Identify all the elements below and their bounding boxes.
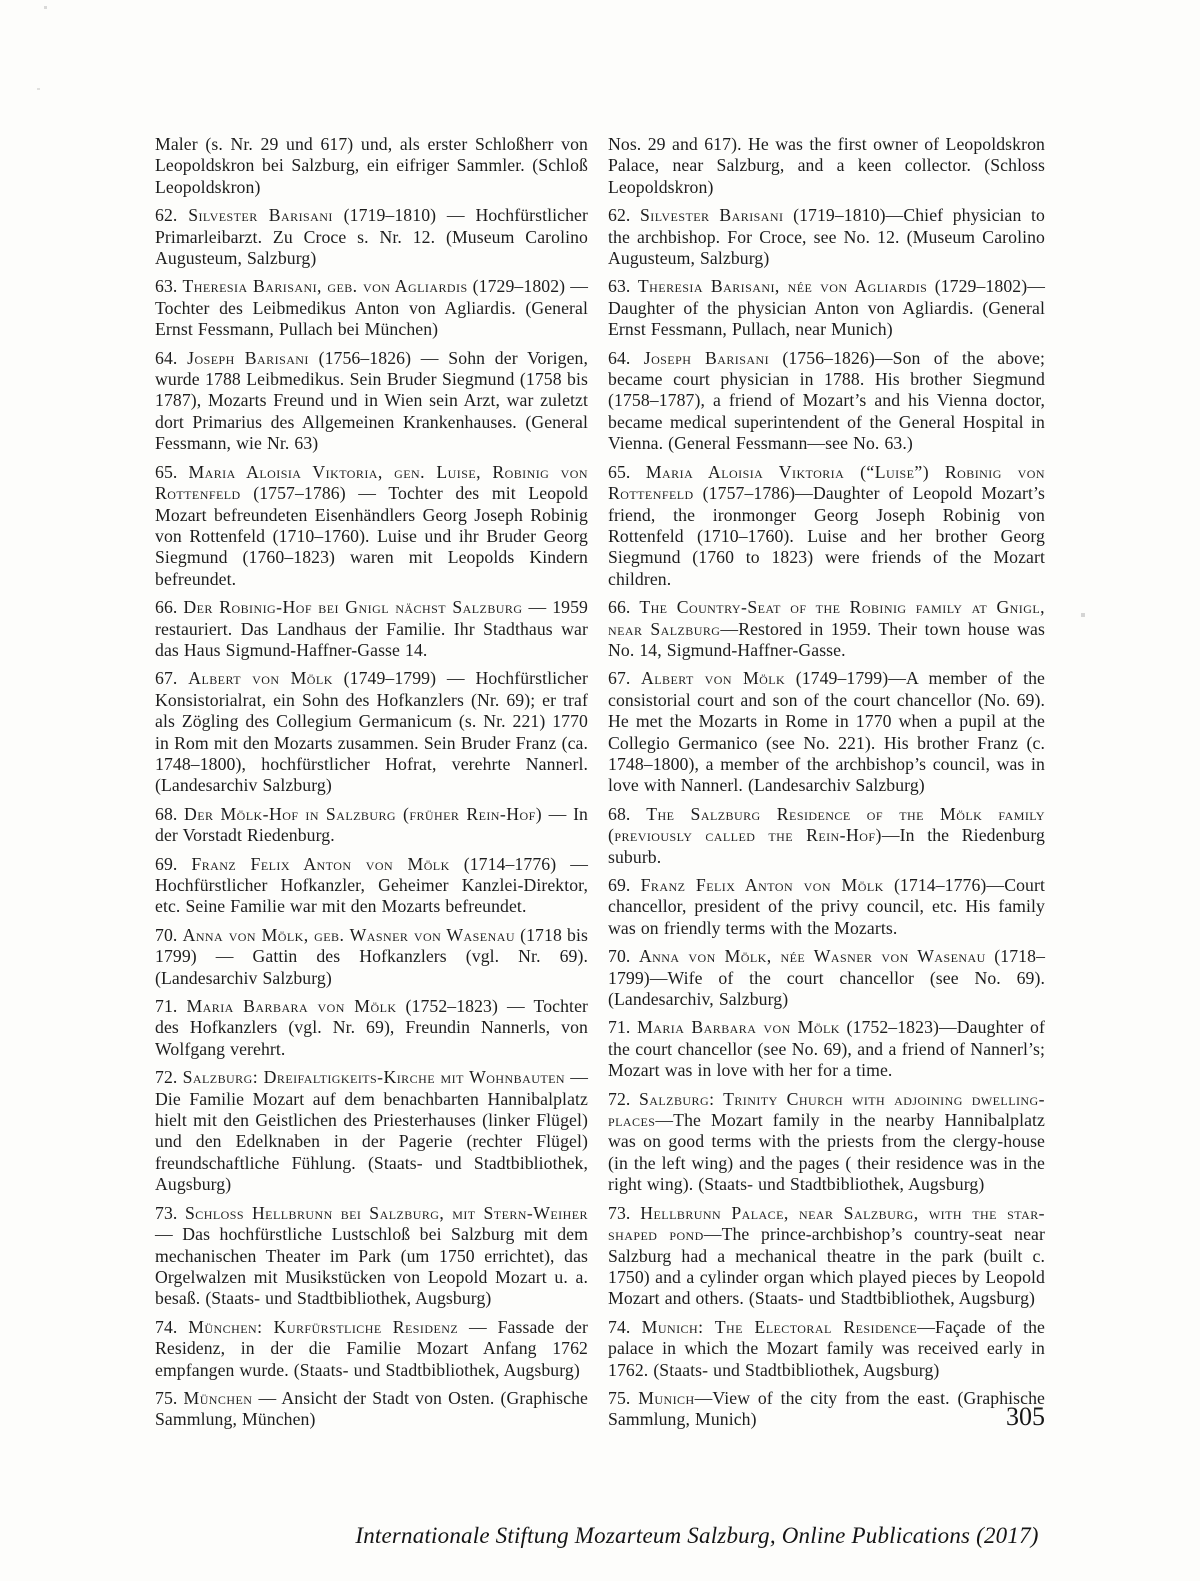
entry-71-en: 71. Maria Barbara von Mölk (1752–1823)—D… [608, 1017, 1045, 1081]
entry-name-smallcaps: Munich [638, 1388, 694, 1408]
entry-65-en: 65. Maria Aloisia Viktoria (“Luise”) Rob… [608, 462, 1045, 590]
entry-text: 75. [155, 1388, 184, 1408]
entry-67-de: 67. Albert von Mölk (1749–1799) — Hochfü… [155, 668, 588, 796]
entry-text: 73. [155, 1203, 185, 1223]
entry-continuation-de: Maler (s. Nr. 29 und 617) und, als erste… [155, 134, 588, 198]
entry-name-smallcaps: Maria Barbara von Mölk [637, 1017, 840, 1037]
scan-speck [37, 88, 40, 90]
entry-text: 70. [608, 946, 639, 966]
entry-text: 71. [155, 996, 186, 1016]
entry-64-de: 64. Joseph Barisani (1756–1826) — Sohn d… [155, 348, 588, 455]
entry-64-en: 64. Joseph Barisani (1756–1826)—Son of t… [608, 348, 1045, 455]
german-column: Maler (s. Nr. 29 und 617) und, als erste… [155, 134, 588, 1438]
entry-name-smallcaps: Munich: The Electoral Residence [642, 1317, 918, 1337]
scan-speck [44, 6, 47, 9]
entry-text: —The Mozart family in the nearby Hanniba… [608, 1110, 1045, 1194]
entry-text: 69. [155, 854, 191, 874]
entry-name-smallcaps: Theresia Barisani, geb. von Agliardis [182, 276, 467, 296]
entry-name-smallcaps: Schloss Hellbrunn bei Salzburg, mit Ster… [185, 1203, 588, 1223]
entry-name-smallcaps: Salzburg: Dreifaltigkeits-Kirche mit Woh… [183, 1067, 565, 1087]
entry-66-en: 66. The Country-Seat of the Robinig fami… [608, 597, 1045, 661]
entry-71-de: 71. Maria Barbara von Mölk (1752–1823) —… [155, 996, 588, 1060]
entry-name-smallcaps: Franz Felix Anton von Mölk [191, 854, 449, 874]
entry-72-de: 72. Salzburg: Dreifaltigkeits-Kirche mit… [155, 1067, 588, 1195]
entry-text: 73. [608, 1203, 640, 1223]
entry-70-en: 70. Anna von Mölk, née Wasner von Wasena… [608, 946, 1045, 1010]
entry-text: 66. [608, 597, 639, 617]
entry-68-en: 68. The Salzburg Residence of the Mölk f… [608, 804, 1045, 868]
english-column: Nos. 29 and 617). He was the first owner… [608, 134, 1045, 1438]
entry-text: 63. [608, 276, 638, 296]
entry-text: 72. [155, 1067, 183, 1087]
entry-text: 63. [155, 276, 182, 296]
entry-text: 67. [608, 668, 641, 688]
entry-68-de: 68. Der Mölk-Hof in Salzburg (früher Rei… [155, 804, 588, 847]
entry-text: 75. [608, 1388, 638, 1408]
entry-75-de: 75. München — Ansicht der Stadt von Oste… [155, 1388, 588, 1431]
entry-text: 69. [608, 875, 641, 895]
entry-name-smallcaps: Franz Felix Anton von Mölk [641, 875, 884, 895]
entry-62-en: 62. Silvester Barisani (1719–1810)—Chief… [608, 205, 1045, 269]
entry-73-de: 73. Schloss Hellbrunn bei Salzburg, mit … [155, 1203, 588, 1310]
entry-69-de: 69. Franz Felix Anton von Mölk (1714–177… [155, 854, 588, 918]
entry-text: 72. [608, 1089, 639, 1109]
entry-70-de: 70. Anna von Mölk, geb. Wasner von Wasen… [155, 925, 588, 989]
entry-name-smallcaps: Anna von Mölk, née Wasner von Wasenau [639, 946, 986, 966]
entry-name-smallcaps: Albert von Mölk [188, 668, 333, 688]
entry-text: 68. [608, 804, 646, 824]
entry-74-de: 74. München: Kurfürstliche Residenz — Fa… [155, 1317, 588, 1381]
book-page: Maler (s. Nr. 29 und 617) und, als erste… [0, 0, 1200, 1581]
entry-text: 71. [608, 1017, 637, 1037]
entry-name-smallcaps: Theresia Barisani, née von Agliardis [638, 276, 927, 296]
entry-text: 68. [155, 804, 184, 824]
entry-text: 67. [155, 668, 188, 688]
entry-62-de: 62. Silvester Barisani (1719–1810) — Hoc… [155, 205, 588, 269]
entry-text: 65. [608, 462, 646, 482]
entry-text: 65. [155, 462, 188, 482]
entry-name-smallcaps: Anna von Mölk, geb. Wasner von Wasenau [183, 925, 515, 945]
entry-text: Nos. 29 and 617). He was the first owner… [608, 134, 1045, 197]
entry-text: 62. [608, 205, 640, 225]
entry-69-en: 69. Franz Felix Anton von Mölk (1714–177… [608, 875, 1045, 939]
entry-name-smallcaps: München [184, 1388, 253, 1408]
entry-text: 70. [155, 925, 183, 945]
entry-name-smallcaps: Albert von Mölk [641, 668, 785, 688]
page-number: 305 [953, 1402, 1045, 1432]
entry-66-de: 66. Der Robinig-Hof bei Gnigl nächst Sal… [155, 597, 588, 661]
entry-73-en: 73. Hellbrunn Palace, near Salzburg, wit… [608, 1203, 1045, 1310]
entry-name-smallcaps: Silvester Barisani [188, 205, 333, 225]
entry-name-smallcaps: Maria Barbara von Mölk [186, 996, 396, 1016]
entry-name-smallcaps: Joseph Barisani [644, 348, 769, 368]
entry-text: 66. [155, 597, 183, 617]
entry-name-smallcaps: Der Robinig-Hof bei Gnigl nächst Salzbur… [183, 597, 522, 617]
entry-continuation-en: Nos. 29 and 617). He was the first owner… [608, 134, 1045, 198]
entry-text: — Das hochfürstliche Lustschloß bei Salz… [155, 1224, 588, 1308]
entry-name-smallcaps: Der Mölk-Hof in Salzburg (früher Rein-Ho… [184, 804, 542, 824]
entry-text: 74. [608, 1317, 642, 1337]
entry-65-de: 65. Maria Aloisia Viktoria, gen. Luise, … [155, 462, 588, 590]
entry-74-en: 74. Munich: The Electoral Residence—Faça… [608, 1317, 1045, 1381]
entry-name-smallcaps: München: Kurfürstliche Residenz [188, 1317, 458, 1337]
scan-speck [1081, 613, 1085, 617]
footer-publication-line: Internationale Stiftung Mozarteum Salzbu… [318, 1523, 1076, 1549]
entry-text: 74. [155, 1317, 188, 1337]
entry-63-de: 63. Theresia Barisani, geb. von Agliardi… [155, 276, 588, 340]
entry-text: 64. [608, 348, 644, 368]
entry-name-smallcaps: Silvester Barisani [640, 205, 783, 225]
entry-72-en: 72. Salzburg: Trinity Church with adjoin… [608, 1089, 1045, 1196]
entry-text: Maler (s. Nr. 29 und 617) und, als erste… [155, 134, 588, 197]
entry-name-smallcaps: Joseph Barisani [187, 348, 309, 368]
entry-text: 64. [155, 348, 187, 368]
entry-text: 62. [155, 205, 188, 225]
entry-67-en: 67. Albert von Mölk (1749–1799)—A member… [608, 668, 1045, 796]
entry-63-en: 63. Theresia Barisani, née von Agliardis… [608, 276, 1045, 340]
